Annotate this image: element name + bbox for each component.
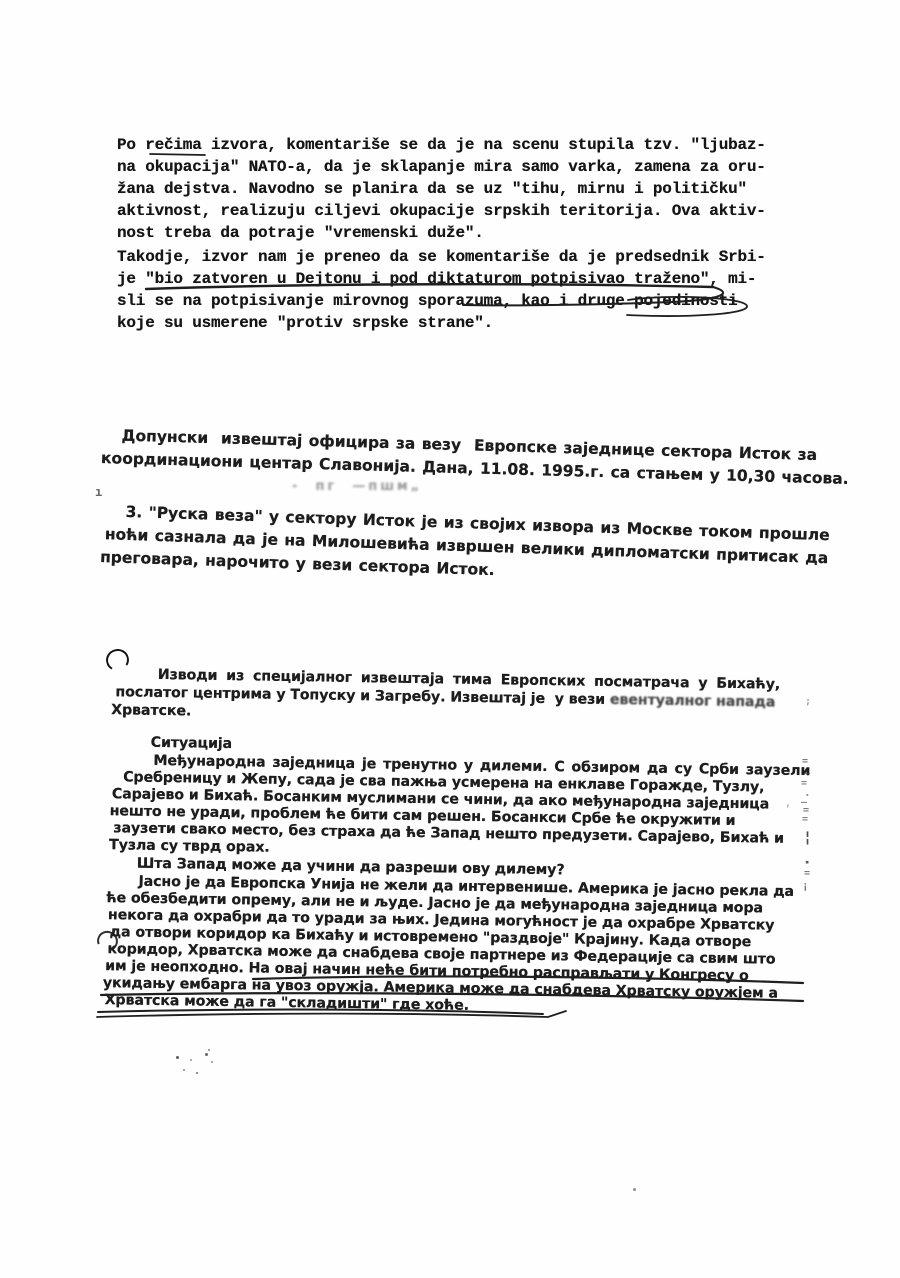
underlined-phrase: bio zatvoren u Dejtonu i pod diktaturom …: [155, 270, 700, 288]
scan-speck: [211, 1061, 213, 1063]
text-line: nost treba da potraje "vremenski duže".: [117, 222, 817, 244]
text-line: koje su usmerene "protiv srpske strane".: [117, 312, 837, 334]
scan-speck: [183, 1069, 185, 1071]
scan-speck: [633, 1188, 636, 1191]
smudged-text: евентуалног напада: [610, 692, 776, 711]
typewriter-paragraph-2: Takodje, izvor nam je preneo da se komen…: [117, 246, 837, 334]
liaison-report-header: Допунски извештај официра за везу Европс…: [99, 424, 830, 490]
text-line: na okupacija" NATO-a, da je sklapanje mi…: [117, 156, 817, 178]
russian-link-paragraph: 3. "Руска веза" у сектору Исток је из св…: [98, 500, 840, 593]
text-segment: je ": [117, 270, 155, 288]
text-line: sli se na potpisivanje mirovnog sporazum…: [117, 290, 837, 312]
text-line: Po rečima izvora, komentariše se da je n…: [117, 134, 817, 156]
text-line: žana dejstva. Navodno se planira da se u…: [117, 178, 817, 200]
text-line: aktivnost, realizuju ciljevi okupacije s…: [117, 200, 817, 222]
text-line: je "bio zatvoren u Dejtonu i pod diktatu…: [117, 268, 837, 290]
scan-speck: [196, 1072, 198, 1074]
scan-artifact-mark: ı: [95, 486, 102, 498]
text-line: Takodje, izvor nam je preneo da se komen…: [117, 246, 837, 268]
scan-speck: [208, 1049, 210, 1051]
smudged-erased-text: - пг —пшм„: [292, 479, 422, 494]
scan-speck: [190, 1059, 192, 1061]
scan-speck: [176, 1056, 179, 1059]
scanned-document-page: Po rečima izvora, komentariše se da je n…: [0, 0, 900, 1278]
text-segment: ", mi-: [700, 270, 756, 288]
typewriter-paragraph-1: Po rečima izvora, komentariše se da je n…: [117, 134, 817, 244]
monitors-report: Изводи из специјалног извештаја тима Евр…: [95, 660, 830, 1020]
scan-speck: [205, 1053, 208, 1056]
